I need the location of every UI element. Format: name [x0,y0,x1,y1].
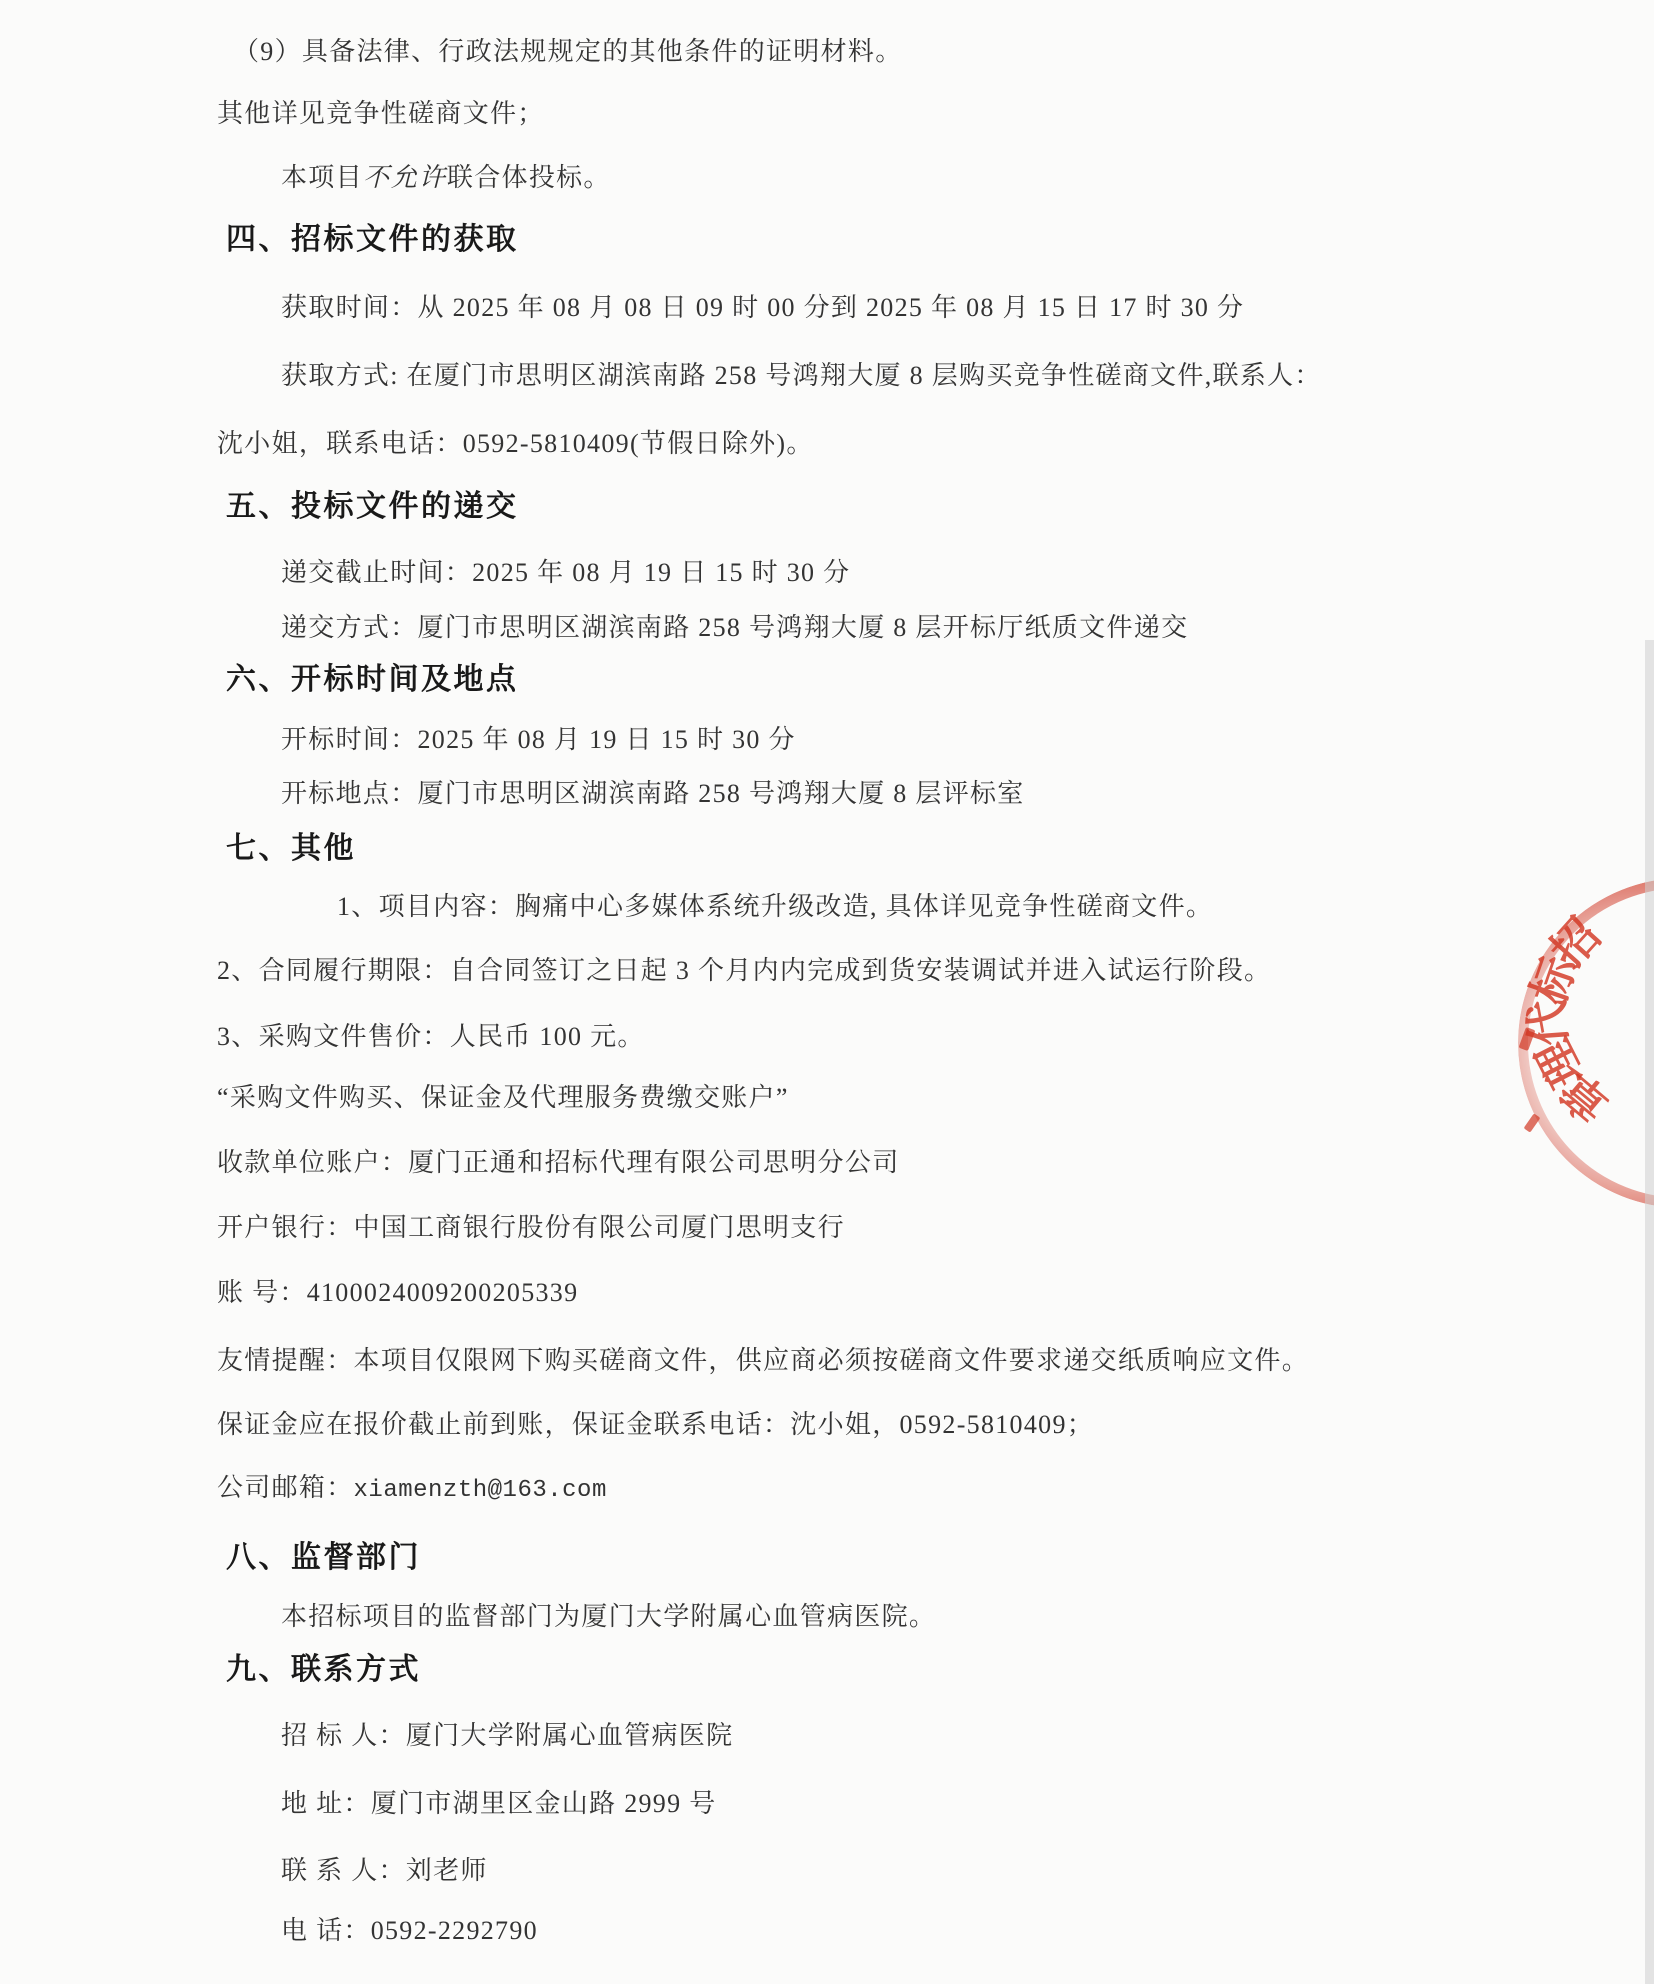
line-payment-account-title: “采购文件购买、保证金及代理服务费缴交账户” [217,1082,789,1113]
seal-smudge [1524,1113,1541,1132]
line-address: 地 址：厦门市湖里区金山路 2999 号 [281,1788,717,1819]
no-consortium-prefix: 本项目 [281,163,363,192]
seal-char: 章 [1544,1059,1622,1139]
line-company-email: 公司邮箱：xiamenzth@163.com [217,1472,607,1506]
seal-char: 理 [1517,1030,1597,1101]
heading-section5-bid-submission: 五、投标文件的递交 [226,489,519,525]
line-supervision-department: 本招标项目的监督部门为厦门大学附属心血管病医院。 [281,1601,936,1632]
heading-section8-supervision: 八、监督部门 [226,1540,421,1576]
line-submission-deadline: 递交截止时间：2025 年 08 月 19 日 15 时 30 分 [281,557,850,588]
line-deposit-bank: 开户银行：中国工商银行股份有限公司厦门思明支行 [217,1212,845,1243]
line-contact-person: 联 系 人：刘老师 [281,1855,488,1886]
line-account-number: 账 号：4100024009200205339 [217,1277,578,1308]
line-opening-time: 开标时间：2025 年 08 月 19 日 15 时 30 分 [281,724,796,755]
heading-section4-doc-acquisition: 四、招标文件的获取 [226,222,519,258]
line-see-consultation-docs: 其他详见竞争性磋商文件； [217,98,545,129]
line-acquisition-time: 获取时间：从 2025 年 08 月 08 日 09 时 00 分到 2025 … [281,292,1244,323]
line-acquisition-method: 获取方式: 在厦门市思明区湖滨南路 258 号鸿翔大厦 8 层购买竞争性磋商文件… [281,360,1322,391]
document-page: （9）具备法律、行政法规规定的其他条件的证明材料。 其他详见竞争性磋商文件； 本… [0,0,1654,1984]
line-no-consortium: 本项目不允许联合体投标。 [281,162,611,193]
line-opening-place: 开标地点：厦门市思明区湖滨南路 258 号鸿翔大厦 8 层评标室 [281,778,1025,809]
seal-char: 标 [1512,947,1589,1012]
line-doc-price: 3、采购文件售价：人民币 100 元。 [217,1021,645,1052]
seal-char: 代 [1510,998,1579,1048]
red-seal: 招 标 代 理 章 [1518,878,1654,1208]
company-email-label: 公司邮箱： [217,1473,354,1502]
company-email-value: xiamenzth@163.com [354,1477,607,1504]
line-friendly-reminder: 友情提醒：本项目仅限网下购买磋商文件，供应商必须按磋商文件要求递交纸质响应文件。 [217,1345,1309,1376]
heading-section6-bid-opening: 六、开标时间及地点 [226,662,519,698]
line-submission-method: 递交方式：厦门市思明区湖滨南路 258 号鸿翔大厦 8 层开标厅纸质文件递交 [281,612,1188,643]
no-consortium-emphasis: 不允许 [363,163,447,192]
seal-smudge [1519,1027,1536,1051]
line-contract-duration: 2、合同履行期限：自合同签订之日起 3 个月内内完成到货安装调试并进入试运行阶段… [217,955,1271,986]
scan-edge-artifact [1645,640,1654,1984]
line-tenderee: 招 标 人：厦门大学附属心血管病医院 [281,1720,733,1751]
line-payee-account: 收款单位账户：厦门正通和招标代理有限公司思明分公司 [217,1147,900,1178]
line-deposit-deadline: 保证金应在报价截止前到账，保证金联系电话：沈小姐，0592-5810409； [217,1409,1094,1440]
red-seal-ring [1518,878,1654,1208]
line-item9-other-conditions: （9）具备法律、行政法规规定的其他条件的证明材料。 [233,36,903,67]
line-telephone: 电 话：0592-2292790 [281,1915,538,1946]
no-consortium-suffix: 联合体投标。 [447,163,611,192]
heading-section9-contact: 九、联系方式 [226,1652,421,1688]
heading-section7-others: 七、其他 [226,831,356,867]
line-project-content: 1、项目内容：胸痛中心多媒体系统升级改造, 具体详见竞争性磋商文件。 [337,891,1213,922]
line-contact-phone-continuation: 沈小姐，联系电话：0592-5810409(节假日除外)。 [217,428,814,459]
seal-char: 招 [1533,902,1613,980]
